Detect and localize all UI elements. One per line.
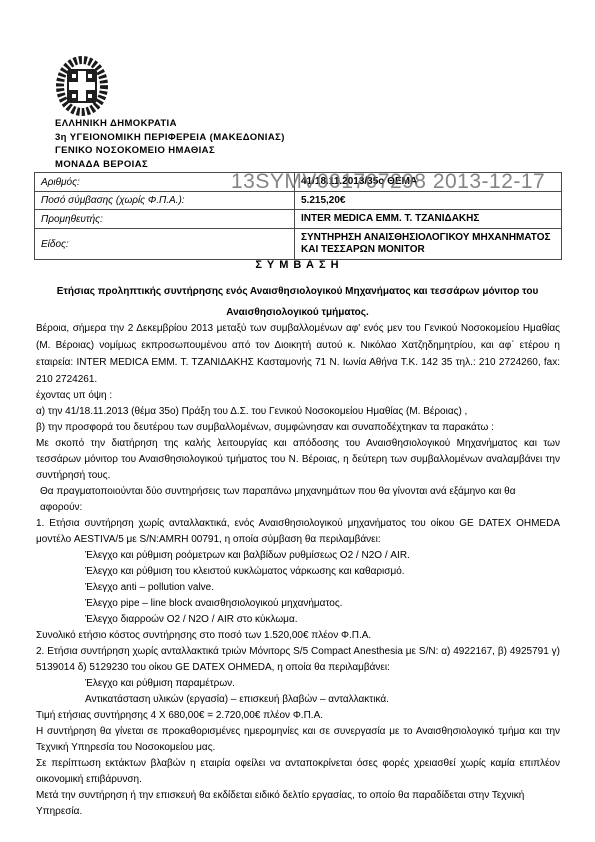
paragraph-maintenance-terms: Η συντήρηση θα γίνεται σε προκαθορισμένε… bbox=[36, 724, 560, 756]
document-title: Σ Υ Μ Β Α Σ Η bbox=[0, 259, 595, 271]
paragraph-work-report: Μετά την συντήρηση ή την επισκευή θα εκδ… bbox=[36, 788, 560, 820]
line-schedule: Θα πραγματοποιούνται δύο συντηρήσεις των… bbox=[36, 484, 560, 516]
document-subtitle: Ετήσιας προληπτικής συντήρησης ενός Αναι… bbox=[30, 281, 565, 323]
section2-item: Έλεγχο και ρύθμιση παραμέτρων. bbox=[36, 676, 560, 692]
greek-national-emblem-icon bbox=[55, 56, 109, 116]
section1-intro: 1. Ετήσια συντήρηση χωρίς ανταλλακτικά, … bbox=[36, 516, 560, 548]
section2-total: Τιμή ετήσιας συντήρησης 4 Χ 680,00€ = 2.… bbox=[36, 708, 560, 724]
diavgeia-registry-watermark: 13SYMV001707298 2013-12-17 bbox=[231, 170, 545, 194]
section1-item: Έλεγχο και ρύθμιση ροόμετρων και βαλβίδω… bbox=[36, 548, 560, 564]
contract-body: Βέροια, σήμερα την 2 Δεκεμβρίου 2013 μετ… bbox=[36, 320, 560, 820]
paragraph-parties: Βέροια, σήμερα την 2 Δεκεμβρίου 2013 μετ… bbox=[36, 320, 560, 388]
table-row-type: Είδος: ΣΥΝΤΗΡΗΣΗ ΑΝΑΙΣΘΗΣΙΟΛΟΓΙΚΟΥ ΜΗΧΑΝ… bbox=[35, 228, 562, 259]
section1-item: Έλεγχο και ρύθμιση του κλειστού κυκλώματ… bbox=[36, 564, 560, 580]
line-item-b: β) την προσφορά του δευτέρου των συμβαλλ… bbox=[36, 420, 560, 436]
letterhead-line-unit: ΜΟΝΑΔΑ ΒΕΡΟΙΑΣ bbox=[55, 158, 285, 172]
section1-item: Έλεγχο διαρροών Ο2 / Ν2Ο / AIR στο κύκλω… bbox=[36, 612, 560, 628]
section2-item: Αντικατάσταση υλικών (εργασία) – επισκευ… bbox=[36, 692, 560, 708]
row-type-value: ΣΥΝΤΗΡΗΣΗ ΑΝΑΙΣΘΗΣΙΟΛΟΓΙΚΟΥ ΜΗΧΑΝΗΜΑΤΟΣ … bbox=[295, 228, 562, 259]
section2-intro: 2. Ετήσια συντήρηση χωρίς ανταλλακτικά τ… bbox=[36, 644, 560, 676]
row-supplier-value: INTER MEDICA ΕΜΜ. Τ. ΤΖΑΝΙΔΑΚΗΣ bbox=[295, 210, 562, 229]
paragraph-emergency-terms: Σε περίπτωση εκτάκτων βλαβών η εταιρία ο… bbox=[36, 756, 560, 788]
section1-item: Έλεγχο anti – pollution valve. bbox=[36, 580, 560, 596]
line-having-regard: έχοντας υπ όψη : bbox=[36, 388, 560, 404]
section1-total: Συνολικό ετήσιο κόστος συντήρησης στο πο… bbox=[36, 628, 560, 644]
paragraph-purpose: Με σκοπό την διατήρηση της καλής λειτουρ… bbox=[36, 436, 560, 484]
letterhead: ΕΛΛΗΝΙΚΗ ΔΗΜΟΚΡΑΤΙΑ 3η ΥΓΕΙΟΝΟΜΙΚΗ ΠΕΡΙΦ… bbox=[55, 117, 285, 171]
letterhead-line-health-region: 3η ΥΓΕΙΟΝΟΜΙΚΗ ΠΕΡΙΦΕΡΕΙΑ (ΜΑΚΕΔΟΝΙΑΣ) bbox=[55, 131, 285, 145]
table-row-supplier: Προμηθευτής: INTER MEDICA ΕΜΜ. Τ. ΤΖΑΝΙΔ… bbox=[35, 210, 562, 229]
line-item-a: α) την 41/18.11.2013 (θέμα 35ο) Πράξη το… bbox=[36, 404, 560, 420]
row-supplier-label: Προμηθευτής: bbox=[35, 210, 295, 229]
row-type-label: Είδος: bbox=[35, 228, 295, 259]
letterhead-line-republic: ΕΛΛΗΝΙΚΗ ΔΗΜΟΚΡΑΤΙΑ bbox=[55, 117, 285, 131]
section1-item: Έλεγχο pipe – line block αναισθησιολογικ… bbox=[36, 596, 560, 612]
letterhead-line-hospital: ΓΕΝΙΚΟ ΝΟΣΟΚΟΜΕΙΟ ΗΜΑΘΙΑΣ bbox=[55, 144, 285, 158]
contract-document-page: ΕΛΛΗΝΙΚΗ ΔΗΜΟΚΡΑΤΙΑ 3η ΥΓΕΙΟΝΟΜΙΚΗ ΠΕΡΙΦ… bbox=[0, 0, 595, 842]
